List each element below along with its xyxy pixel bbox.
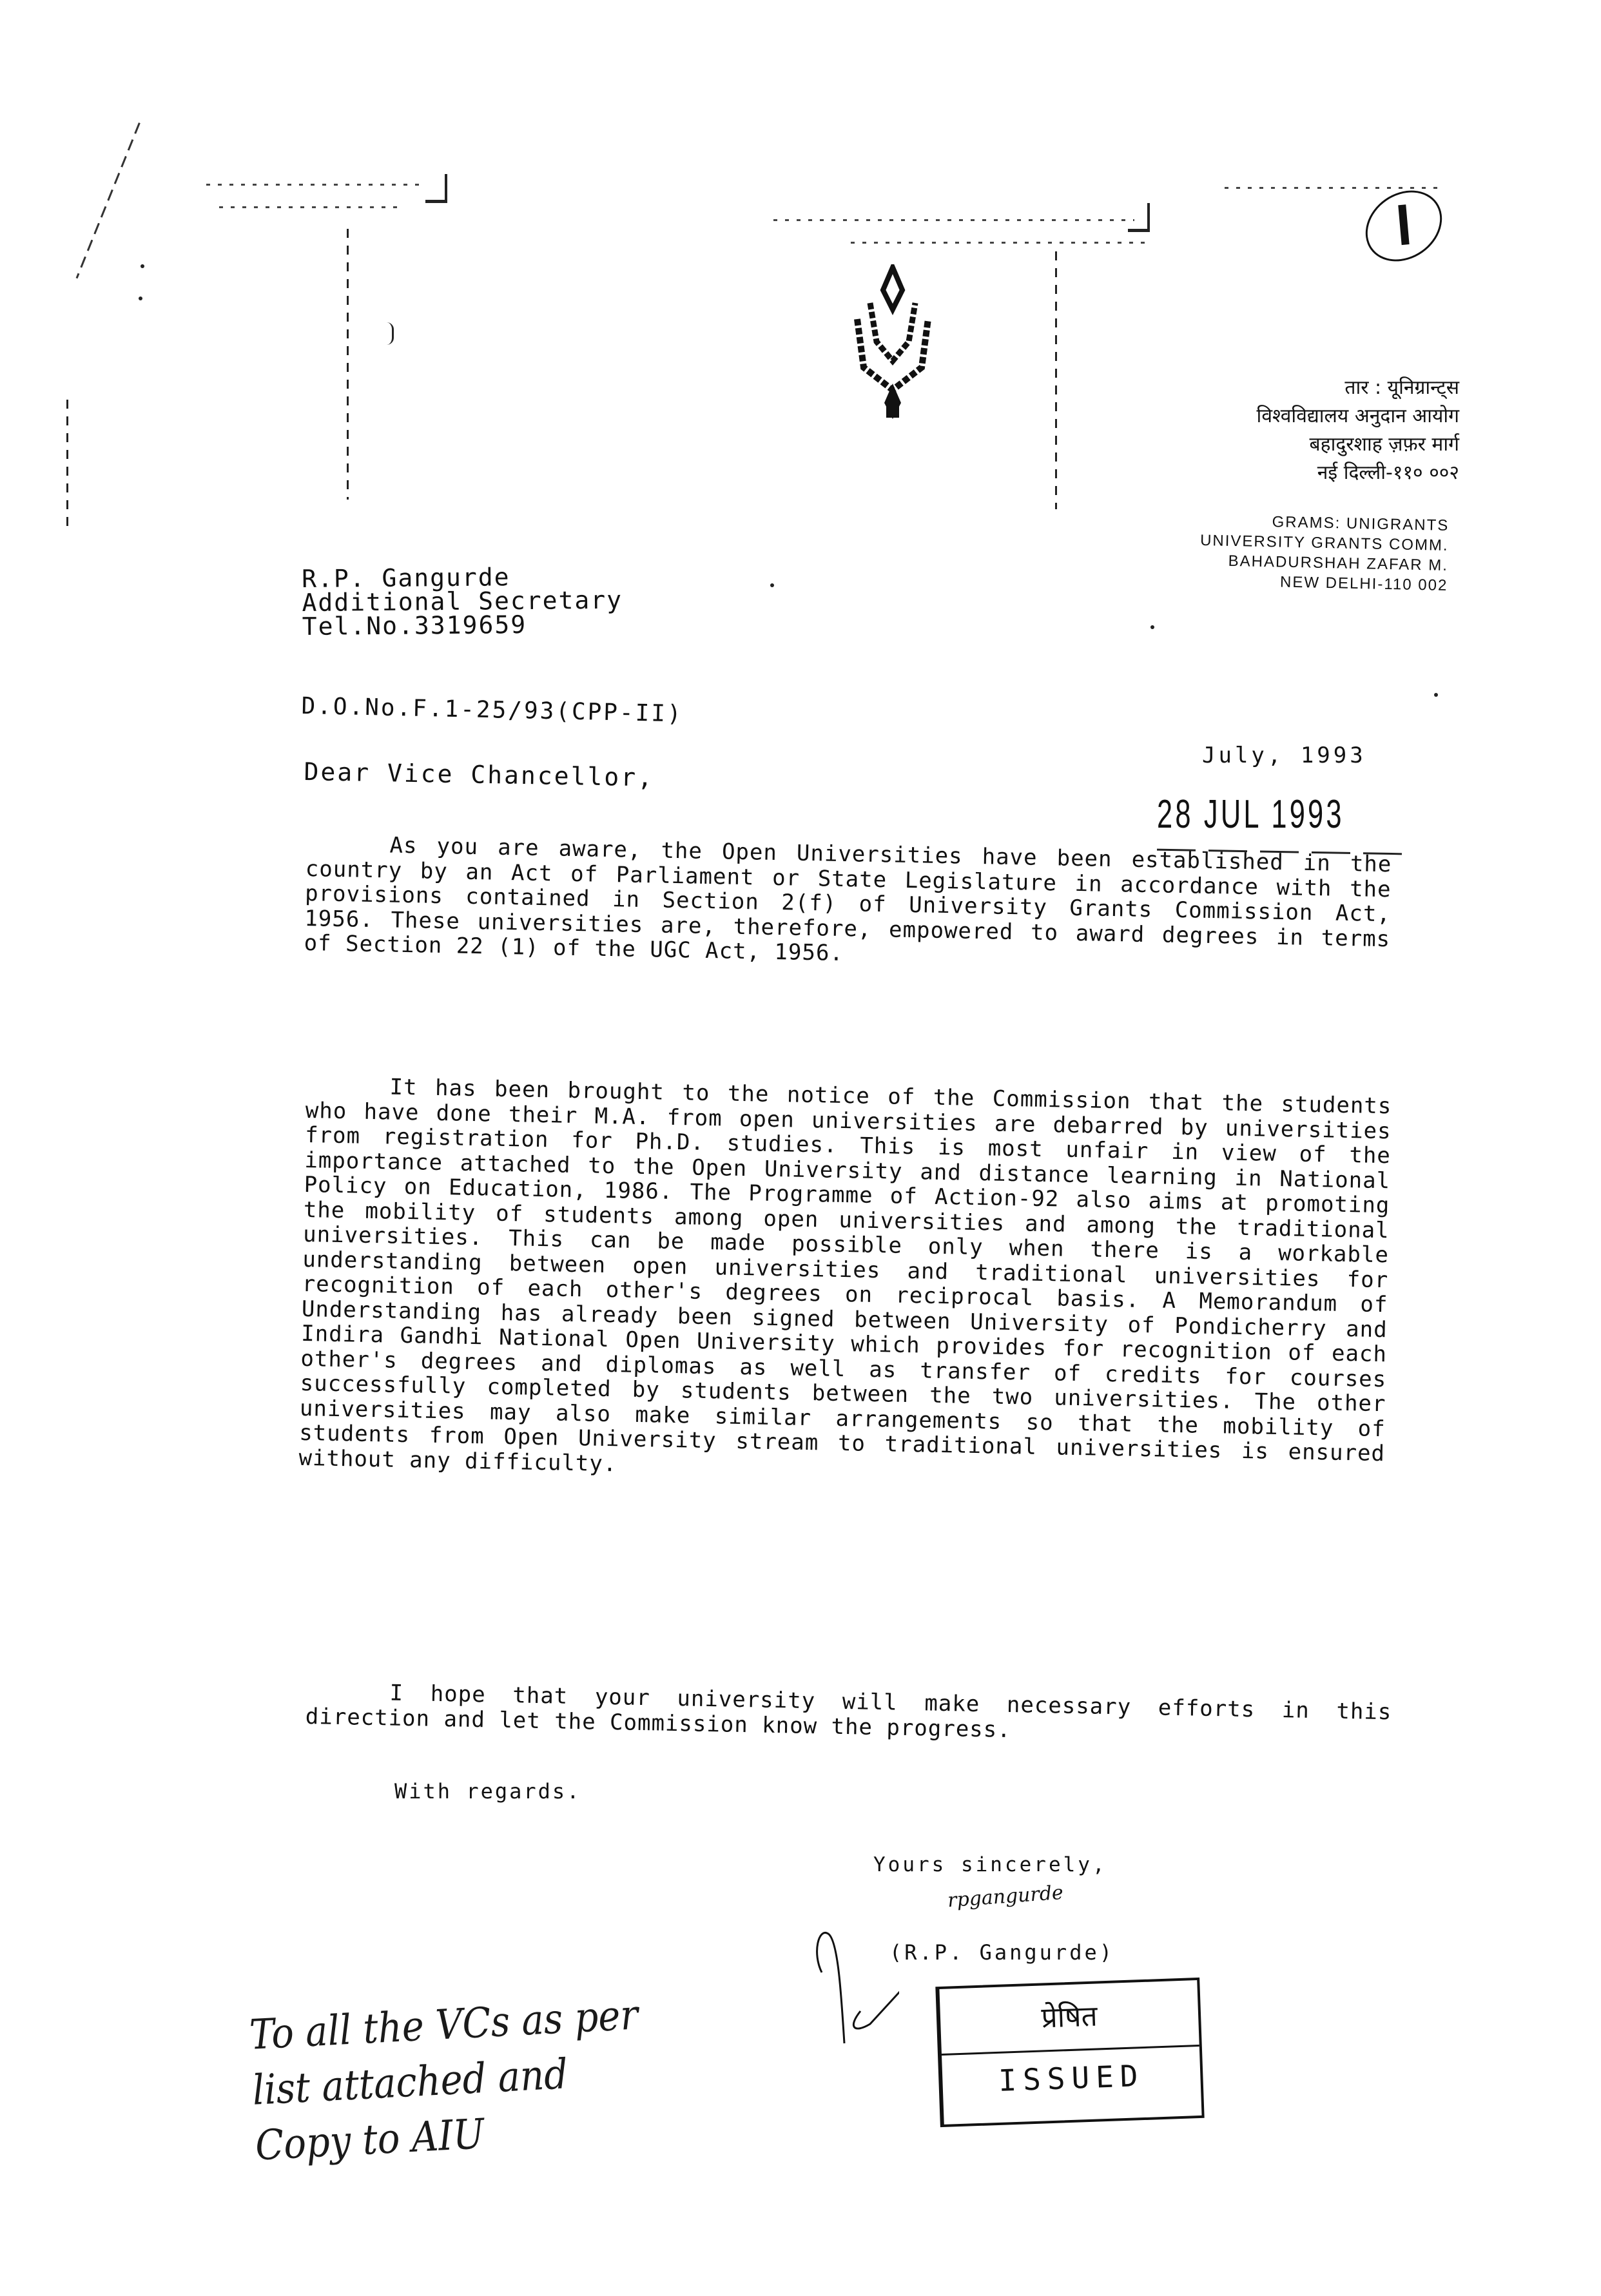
issued-stamp: प्रेषित ISSUED: [935, 1978, 1204, 2127]
scan-artifact-vertical: [66, 400, 68, 529]
sender-telephone: Tel.No.3319659: [302, 612, 623, 639]
closing-regards: With regards.: [394, 1779, 581, 1804]
scan-artifact-vertical: [347, 229, 349, 500]
issued-stamp-english: ISSUED: [942, 2056, 1201, 2100]
letterhead-hindi-line: बहादुरशाह ज़फ़र मार्ग: [1257, 431, 1459, 459]
page-number-stamp: [1352, 176, 1455, 276]
body-paragraph: As you are aware, the Open Universities …: [304, 832, 1392, 977]
scan-speck: [141, 264, 144, 268]
issued-stamp-divider: [942, 2045, 1199, 2056]
letterhead-hindi-address: तार : यूनिग्रान्ट्स विश्वविद्यालय अनुदान…: [1257, 374, 1459, 487]
scan-artifact-bracket: [425, 174, 447, 203]
handwritten-signature: rpgangurde: [947, 1882, 1064, 1912]
sender-block: R.P. Gangurde Additional Secretary Tel.N…: [302, 565, 623, 639]
letterhead-hindi-line: तार : यूनिग्रान्ट्स: [1257, 374, 1459, 402]
scan-artifact-diagonal: [76, 122, 141, 278]
scan-artifact-dots: [773, 219, 1134, 221]
issued-stamp-hindi: प्रेषित: [940, 1992, 1199, 2039]
scan-artifact-dots: [219, 206, 400, 208]
scan-artifact-dots: [1225, 187, 1437, 189]
scan-speck: [139, 297, 142, 300]
reference-number: D.O.No.F.1-25/93(CPP-II): [301, 693, 683, 727]
scan-artifact-bracket: [1128, 203, 1150, 232]
signature-flourish-icon: [809, 1914, 899, 2050]
scan-artifact-paren: [387, 322, 394, 345]
letterhead-hindi-line: नई दिल्ली-११० ००२: [1257, 459, 1459, 487]
valediction: Yours sincerely,: [873, 1853, 1107, 1876]
body-paragraph: I hope that your university will make ne…: [306, 1679, 1392, 1749]
scan-artifact-dots: [206, 184, 425, 186]
scan-speck: [1434, 693, 1438, 697]
signatory-printed-name: (R.P. Gangurde): [889, 1940, 1114, 1965]
scan-artifact-vertical: [1055, 251, 1057, 509]
ugc-emblem-icon: [844, 264, 941, 419]
date-stamp: 28 JUL 1993: [1157, 792, 1344, 837]
letterhead-english-address: GRAMS: UNIGRANTS UNIVERSITY GRANTS COMM.…: [1199, 511, 1450, 596]
letterhead-hindi-line: विश्वविद्यालय अनुदान आयोग: [1257, 402, 1459, 431]
scan-speck: [1150, 625, 1154, 629]
body-paragraph: It has been brought to the notice of the…: [298, 1073, 1392, 1491]
salutation: Dear Vice Chancellor,: [304, 757, 654, 792]
date-typed: July, 1993: [1202, 743, 1366, 768]
scan-artifact-dots: [851, 242, 1147, 244]
handwritten-distribution-note: To all the VCs as per list attached and …: [248, 1987, 645, 2174]
scan-speck: [770, 583, 774, 587]
